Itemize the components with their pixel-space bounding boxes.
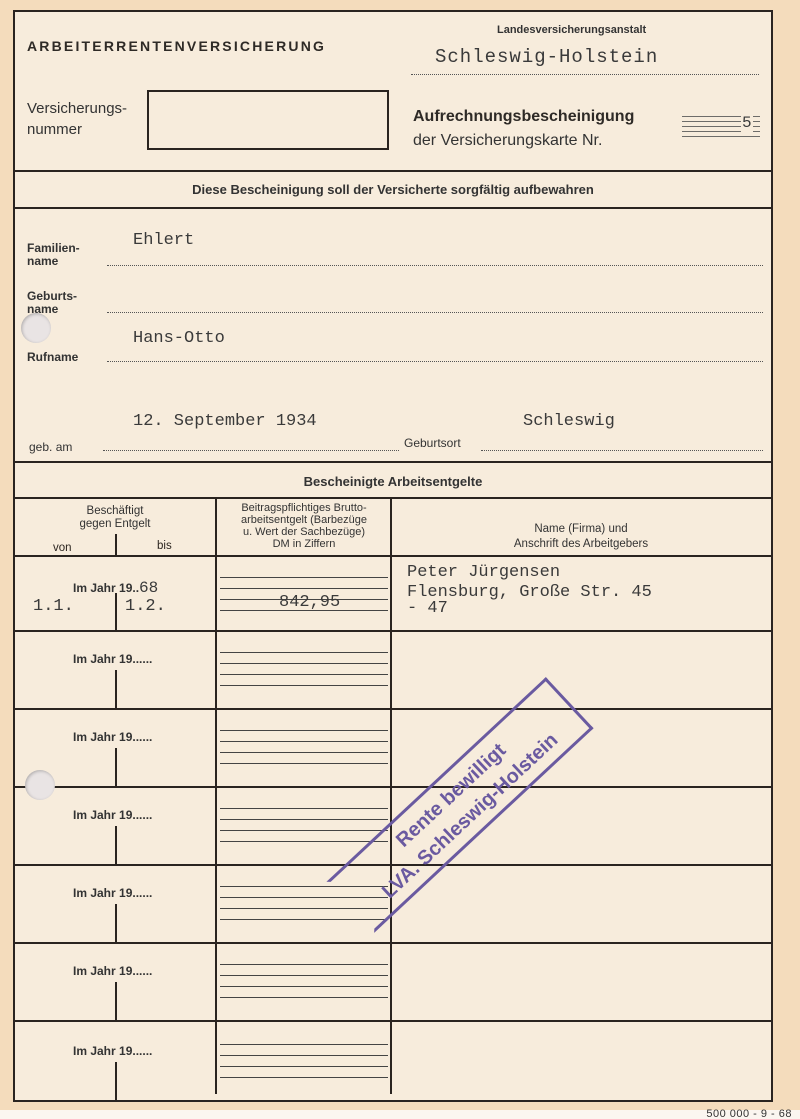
from-date: 1.1. bbox=[33, 597, 74, 616]
amount-rule bbox=[220, 588, 388, 589]
first-name-value: Hans-Otto bbox=[133, 329, 225, 348]
year-label: Im Jahr 19...... bbox=[73, 652, 152, 666]
label-line: name bbox=[27, 255, 80, 268]
header-line: gegen Entgelt bbox=[15, 518, 215, 531]
amount-rule bbox=[220, 1066, 388, 1067]
amount-rule bbox=[220, 663, 388, 664]
family-name-line bbox=[107, 265, 763, 266]
scan-margin bbox=[0, 1110, 800, 1119]
year-label: Im Jahr 19...... bbox=[73, 1044, 152, 1058]
table-row: Im Jahr 19...... bbox=[15, 1022, 773, 1100]
family-name-value: Ehlert bbox=[133, 231, 194, 250]
divider bbox=[15, 461, 771, 463]
col-gross-header: Beitragspflichtiges Brutto- arbeitsentge… bbox=[217, 502, 391, 550]
from-to-divider bbox=[115, 593, 117, 630]
birth-date-line bbox=[103, 450, 399, 451]
label-line: nummer bbox=[27, 119, 127, 140]
amount-rule bbox=[220, 1044, 388, 1045]
from-to-divider bbox=[115, 670, 117, 708]
header-line: u. Wert der Sachbezüge) bbox=[217, 526, 391, 538]
amount-rule bbox=[220, 808, 388, 809]
notice-text: Diese Bescheinigung soll der Versicherte… bbox=[15, 182, 771, 197]
table-row: Im Jahr 19...... bbox=[15, 710, 773, 786]
amount-rule bbox=[220, 674, 388, 675]
amount-rule bbox=[220, 841, 388, 842]
birth-place-value: Schleswig bbox=[523, 412, 615, 431]
amount-rule bbox=[220, 819, 388, 820]
header-line: DM in Ziffern bbox=[217, 538, 391, 550]
insurance-number-label: Versicherungs- nummer bbox=[27, 98, 127, 140]
punch-hole bbox=[25, 770, 55, 800]
certificate-form: ARBEITERRENTENVERSICHERUNG Versicherungs… bbox=[13, 10, 773, 1102]
family-name-label: Familien- name bbox=[27, 242, 80, 268]
from-to-divider bbox=[115, 748, 117, 786]
amount-rule bbox=[220, 577, 388, 578]
col-to-header: bis bbox=[157, 540, 172, 552]
certificate-title: Aufrechnungsbescheinigung bbox=[413, 108, 634, 126]
col-employer-header: Name (Firma) und Anschrift des Arbeitgeb… bbox=[391, 522, 771, 552]
institution-label: Landesversicherungsanstalt bbox=[497, 24, 646, 36]
amount-rule bbox=[220, 830, 388, 831]
first-name-line bbox=[107, 361, 763, 362]
employer-name: Peter Jürgensen bbox=[407, 563, 652, 583]
from-to-divider bbox=[115, 534, 117, 556]
from-to-divider bbox=[115, 826, 117, 864]
amount-value: 842,95 bbox=[279, 593, 340, 612]
header-line: Name (Firma) und bbox=[391, 522, 771, 537]
header-line: Beschäftigt bbox=[15, 505, 215, 518]
employer-street-cont: - 47 bbox=[407, 603, 652, 615]
divider bbox=[15, 170, 771, 172]
employer-address: Peter Jürgensen Flensburg, Große Str. 45… bbox=[407, 563, 652, 615]
amount-rule bbox=[220, 741, 388, 742]
amount-rule bbox=[220, 652, 388, 653]
birth-place-line bbox=[481, 450, 763, 451]
earnings-section-title: Bescheinigte Arbeitsentgelte bbox=[15, 474, 771, 489]
col-from-header: von bbox=[53, 542, 72, 554]
institution-value: Schleswig-Holstein bbox=[435, 46, 658, 68]
year-prefix: Im Jahr 19.. bbox=[73, 581, 139, 595]
amount-rule bbox=[220, 964, 388, 965]
divider bbox=[15, 497, 771, 499]
certificate-subtitle: der Versicherungskarte Nr. bbox=[413, 132, 602, 150]
year-label: Im Jahr 19...... bbox=[73, 730, 152, 744]
form-title: ARBEITERRENTENVERSICHERUNG bbox=[27, 38, 326, 54]
birth-date-label: geb. am bbox=[29, 441, 72, 454]
header-line: Beitragspflichtiges Brutto- bbox=[217, 502, 391, 514]
from-to-divider bbox=[115, 1062, 117, 1100]
card-number: 5 bbox=[741, 114, 753, 132]
divider bbox=[15, 207, 771, 209]
amount-rule bbox=[220, 997, 388, 998]
amount-rule bbox=[220, 986, 388, 987]
table-row: Im Jahr 19...... bbox=[15, 632, 773, 708]
from-to-divider bbox=[115, 904, 117, 942]
birth-date-value: 12. September 1934 bbox=[133, 412, 317, 431]
to-date: 1.2. bbox=[125, 597, 166, 616]
from-to-divider bbox=[115, 982, 117, 1020]
amount-rule bbox=[220, 1055, 388, 1056]
col-employed-header: Beschäftigt gegen Entgelt bbox=[15, 505, 215, 531]
birth-place-label: Geburtsort bbox=[404, 437, 461, 450]
amount-rule bbox=[220, 1077, 388, 1078]
print-code: 500 000 - 9 - 68 bbox=[706, 1108, 792, 1119]
amount-rule bbox=[220, 975, 388, 976]
insurance-number-box[interactable] bbox=[147, 90, 389, 150]
header-line: arbeitsentgelt (Barbezüge bbox=[217, 514, 391, 526]
amount-rule bbox=[220, 685, 388, 686]
year-value: 68 bbox=[139, 579, 158, 597]
label-line: Versicherungs- bbox=[27, 98, 127, 119]
amount-rule bbox=[220, 763, 388, 764]
year-label: Im Jahr 19...... bbox=[73, 808, 152, 822]
year-label: Im Jahr 19...... bbox=[73, 964, 152, 978]
first-name-label: Rufname bbox=[27, 351, 78, 364]
amount-rule bbox=[220, 730, 388, 731]
table-row: Im Jahr 19..68 1.1. 1.2. 842,95 Peter Jü… bbox=[15, 557, 773, 630]
punch-hole bbox=[21, 313, 51, 343]
header-line: Anschrift des Arbeitgebers bbox=[391, 537, 771, 552]
table-row: Im Jahr 19...... bbox=[15, 944, 773, 1020]
year-label: Im Jahr 19...... bbox=[73, 886, 152, 900]
institution-line bbox=[411, 74, 759, 75]
birth-name-line bbox=[107, 312, 763, 313]
amount-rule bbox=[220, 752, 388, 753]
